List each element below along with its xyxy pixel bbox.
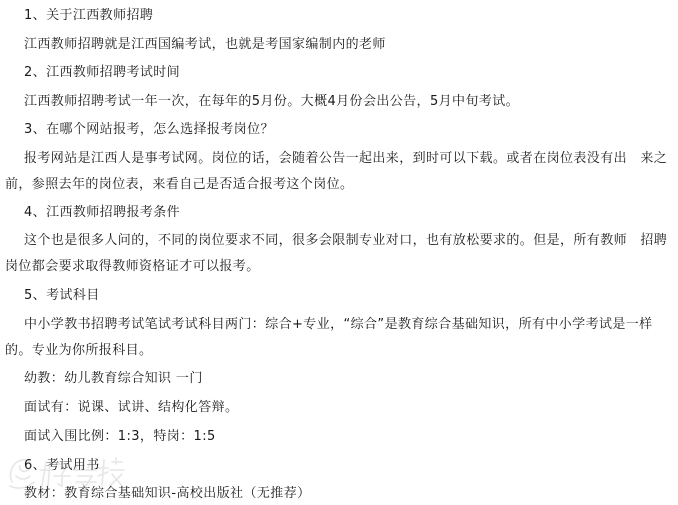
section-heading-3: 3、在哪个网站报考，怎么选择报考岗位？: [24, 122, 274, 138]
paragraph-line: 岗位都会要求取得教师资格证才可以报考。: [5, 259, 260, 275]
section-heading-5: 5、考试科目: [24, 288, 100, 304]
paragraph-line: 幼教：幼儿教育综合知识 一门: [24, 371, 203, 387]
paragraph-line: 教材：教育综合基础知识-高校出版社（无推荐）: [24, 486, 311, 502]
paragraph-line: 报考网站是江西人是事考试网。岗位的话，会随着公告一起出来，到时可以下载。或者在岗…: [24, 151, 667, 167]
paragraph-line: 前，参照去年的岗位表，来看自己是否适合报考这个岗位。: [5, 177, 353, 193]
section-heading-2: 2、江西教师招聘考试时间: [24, 65, 180, 81]
paragraph-line: 江西教师招聘考试一年一次，在每年的5月份。大概4月份会出公告，5月中旬考试。: [24, 94, 519, 110]
paragraph-line: 的。专业为你所报科目。: [5, 343, 152, 359]
section-heading-6: 6、考试用书: [24, 458, 100, 474]
paragraph-line: 这个也是很多人问的，不同的岗位要求不同，很多会限制专业对口，也有放松要求的。但是…: [24, 233, 667, 249]
section-heading-1: 1、关于江西教师招聘: [24, 8, 153, 24]
document-body: 1、关于江西教师招聘 江西教师招聘就是江西国编考试，也就是考国家编制内的老师 2…: [0, 0, 678, 505]
paragraph-line: 江西教师招聘就是江西国编考试，也就是考国家编制内的老师: [24, 37, 386, 53]
section-heading-4: 4、江西教师招聘报考条件: [24, 205, 180, 221]
paragraph-line: 中小学教书招聘考试笔试考试科目两门：综合+专业，“综合”是教育综合基础知识，所有…: [24, 317, 653, 333]
paragraph-line: 面试有：说课、试讲、结构化答辩。: [24, 400, 238, 416]
paragraph-line: 面试入围比例：1:3，特岗：1:5: [24, 429, 216, 445]
